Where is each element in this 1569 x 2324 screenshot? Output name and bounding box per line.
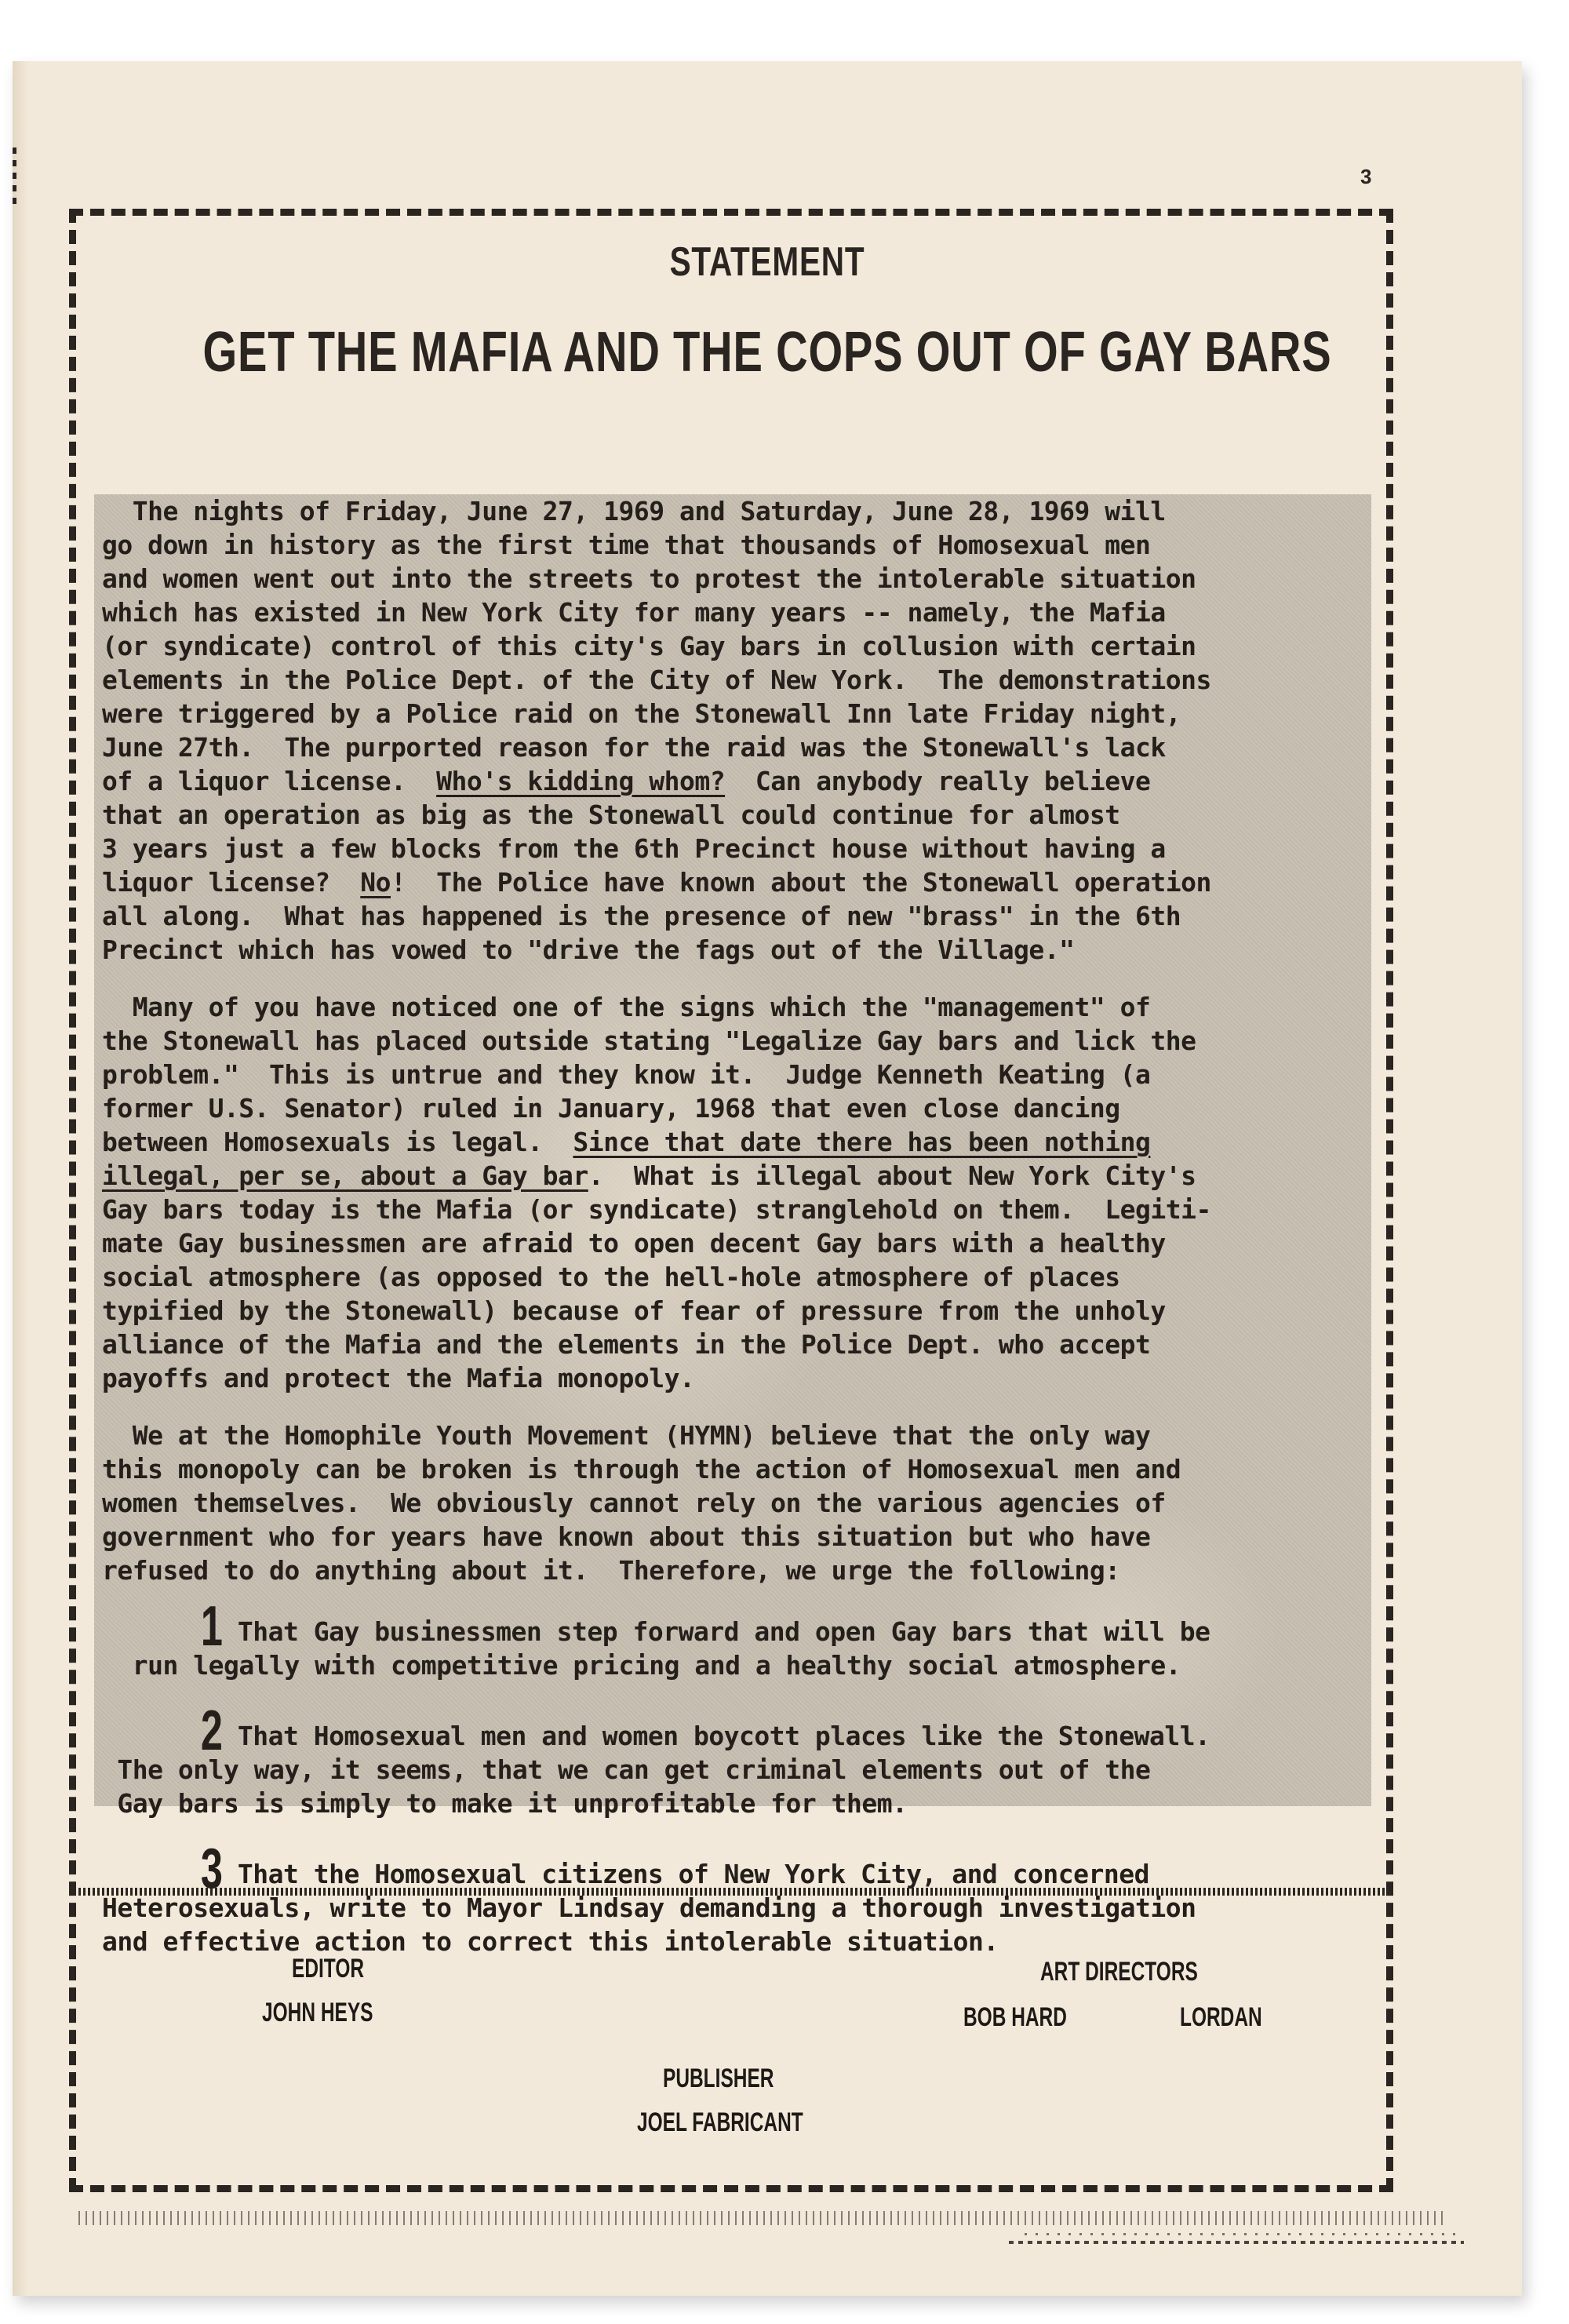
publisher-title: PUBLISHER <box>663 2064 774 2094</box>
text-segment: We at the Homophile Youth Movement (HYMN… <box>102 1420 1181 1586</box>
demand-text: That Gay businessmen step forward and op… <box>102 1616 1210 1681</box>
editor-name: JOHN HEYS <box>262 1998 373 2028</box>
bottom-tick-rule <box>78 2211 1443 2225</box>
demand-number: 2 <box>201 1715 223 1747</box>
text-segment: The nights of Friday, June 27, 1969 and … <box>102 496 1211 796</box>
section-label: STATEMENT <box>179 239 1356 286</box>
underlined-text: No <box>360 867 391 898</box>
demand-number: 3 <box>201 1853 223 1885</box>
demand-number: 1 <box>201 1611 223 1642</box>
demand-text: That Homosexual men and women boycott pl… <box>102 1721 1210 1819</box>
demand-3: 3 That the Homosexual citizens of New Yo… <box>102 1853 1396 1958</box>
bottom-dashed-rule <box>1009 2241 1464 2244</box>
edge-border-fragment <box>13 148 16 210</box>
paragraph-3: We at the Homophile Youth Movement (HYMN… <box>102 1419 1396 1587</box>
demand-1: 1 That Gay businessmen step forward and … <box>102 1611 1396 1682</box>
publisher-name: JOEL FABRICANT <box>637 2107 803 2138</box>
art-director-name: BOB HARD <box>963 2002 1067 2033</box>
paragraph-1: The nights of Friday, June 27, 1969 and … <box>102 494 1396 967</box>
statement-body: The nights of Friday, June 27, 1969 and … <box>102 494 1396 1991</box>
paragraph-2: Many of you have noticed one of the sign… <box>102 990 1396 1395</box>
page-number: 3 <box>1360 165 1371 189</box>
page-fold-shadow <box>13 61 28 2296</box>
text-segment: . What is illegal about New York City's … <box>102 1160 1211 1393</box>
editor-title: EDITOR <box>292 1954 364 1984</box>
demand-2: 2 That Homosexual men and women boycott … <box>102 1715 1396 1820</box>
underlined-text: Who's kidding whom? <box>436 766 725 796</box>
bottom-dotted-rule <box>1025 2233 1464 2235</box>
headline: GET THE MAFIA AND THE COPS OUT OF GAY BA… <box>179 320 1356 384</box>
newspaper-page: 3 STATEMENT GET THE MAFIA AND THE COPS O… <box>13 61 1522 2296</box>
demand-text: That the Homosexual citizens of New York… <box>102 1859 1196 1957</box>
art-directors-title: ART DIRECTORS <box>1040 1957 1198 1987</box>
art-director-name: LORDAN <box>1180 2002 1262 2033</box>
